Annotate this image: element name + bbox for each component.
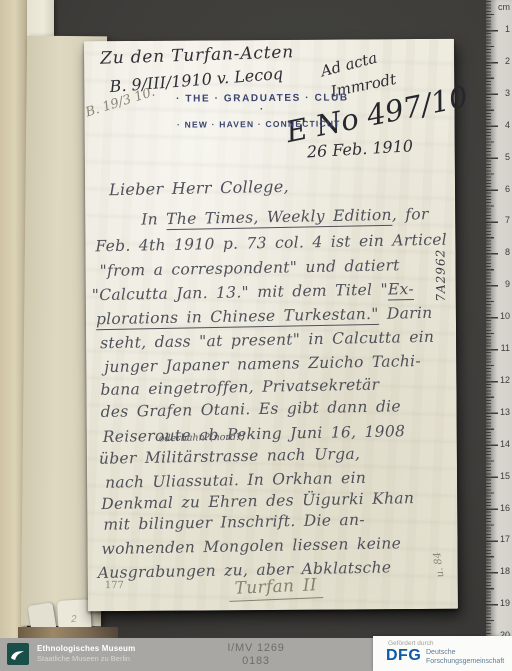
ruler-cm-label: 4: [496, 120, 510, 130]
dfg-name-line2: Forschungsgemeinschaft: [426, 658, 504, 667]
letter-line: plorations in Chinese Turkestan." Darin: [96, 304, 433, 328]
ruler-cm-label: 15: [496, 471, 510, 481]
museum-org: Staatliche Museen zu Berlin: [37, 654, 135, 664]
museum-logo-icon: [7, 643, 29, 665]
ruler-cm-label: 16: [496, 503, 510, 513]
letter-line: Reiseroute ab Peking Juni 16, 1908: [103, 422, 406, 446]
ruler-cm-label: 19: [496, 598, 510, 608]
letter-line: über Militärstrasse nach Urga,: [99, 445, 361, 468]
vertical-pencil-note: u. 84: [432, 551, 447, 578]
ruler-cm-label: 13: [496, 407, 510, 417]
reference-number: I/MV 1269 0183: [200, 642, 312, 668]
ruler-cm-label: 18: [496, 566, 510, 576]
dfg-name-line1: Deutsche: [426, 649, 504, 658]
letter-line: "Calcutta Jan. 13." mit dem Titel "Ex-: [92, 280, 414, 304]
vertical-stamp: 7A2962: [433, 249, 447, 302]
ruler-cm-label: 17: [496, 534, 510, 544]
ruler-cm-label: 11: [496, 343, 510, 353]
dfg-logo: DFG: [386, 647, 421, 665]
letter-line-underlined-text: The Times, Weekly Edition: [166, 206, 392, 230]
letter-line: "from a correspondent" und datiert: [99, 256, 399, 280]
letter-line-text: In: [141, 210, 166, 228]
dfg-name: Deutsche Forschungsgemeinschaft: [426, 649, 504, 666]
ruler-cm-label: 14: [496, 439, 510, 449]
letter-paper: Zu den Turfan-Acten B. 9/III/1910 v. Lec…: [84, 39, 458, 612]
letter-line: Feb. 4th 1910 p. 73 col. 4 ist ein Artic…: [95, 231, 447, 256]
letter-line: mit bilinguer Inschrift. Die an-: [103, 511, 365, 534]
letter-line: In The Times, Weekly Edition, for: [141, 205, 429, 229]
dfg-box: Gefördert durch DFG Deutsche Forschungsg…: [373, 636, 512, 671]
letter-line: nach Uliassutai. In Orkhan ein: [105, 469, 366, 492]
letter-line-underlined-text: plorations in Chinese Turkestan.": [96, 305, 379, 330]
letter-closing-text: Turfan II: [228, 575, 323, 602]
dfg-funded-by-label: Gefördert durch: [388, 640, 434, 647]
ruler-cm-label: 2: [496, 56, 510, 66]
interlinear-note: oderbahn?(nord?): [159, 432, 245, 445]
museum-text: Ethnologisches Museum Staatliche Museen …: [37, 644, 135, 664]
letter-line: junger Japaner namens Zuicho Tachi-: [104, 352, 421, 376]
ruler-cm-label: 1: [496, 24, 510, 34]
ruler-cm-label: 3: [496, 88, 510, 98]
ruler-cm-label: 9: [496, 279, 510, 289]
ruler-cm-label: 6: [496, 184, 510, 194]
letter-line: bana eingetroffen, Privatsekretär: [100, 376, 379, 399]
letter-line: Denkmal zu Ehren des Üigurki Khan: [101, 489, 414, 513]
letter-line: steht, dass "at present" in Calcutta ein: [100, 328, 434, 352]
ruler-cm-label: 10: [496, 311, 510, 321]
eagle-icon: [7, 643, 29, 665]
letter-line-underlined-text: Ex-: [388, 280, 414, 300]
reference-number-line2: 0183: [200, 655, 312, 668]
letter-line-text: , for: [392, 205, 429, 224]
museum-name: Ethnologisches Museum: [37, 644, 135, 654]
letter-line: des Grafen Otani. Es gibt dann die: [100, 397, 401, 421]
letter-line-text: "Calcutta Jan. 13." mit dem Titel ": [92, 281, 389, 305]
letter-greeting: Lieber Herr College,: [109, 177, 289, 199]
letter-line: wohnenden Mongolen liessen keine: [101, 534, 401, 558]
folio-number: 177: [105, 580, 124, 591]
paper-tab-number: 2: [71, 614, 77, 625]
letterhead: · THE · GRADUATES · CLUB · · NEW · HAVEN…: [172, 92, 352, 129]
letter-line-text: Darin: [379, 304, 433, 323]
ruler-cm-label: 5: [496, 152, 510, 162]
letterhead-line1: · THE · GRADUATES · CLUB ·: [172, 92, 352, 115]
reference-number-line1: I/MV 1269: [200, 642, 312, 655]
letterhead-line2: · NEW · HAVEN · CONNECTICUT ·: [173, 118, 353, 129]
ruler-unit-label: cm: [496, 2, 510, 12]
ruler-cm-label: 7: [496, 215, 510, 225]
scan-background: 2 Zu den Turfan-Acten B. 9/III/1910 v. L…: [0, 0, 512, 671]
ruler-labels: cm1234567891011121314151617181920: [486, 0, 512, 671]
ruler-cm-label: 8: [496, 247, 510, 257]
ruler-cm-label: 12: [496, 375, 510, 385]
